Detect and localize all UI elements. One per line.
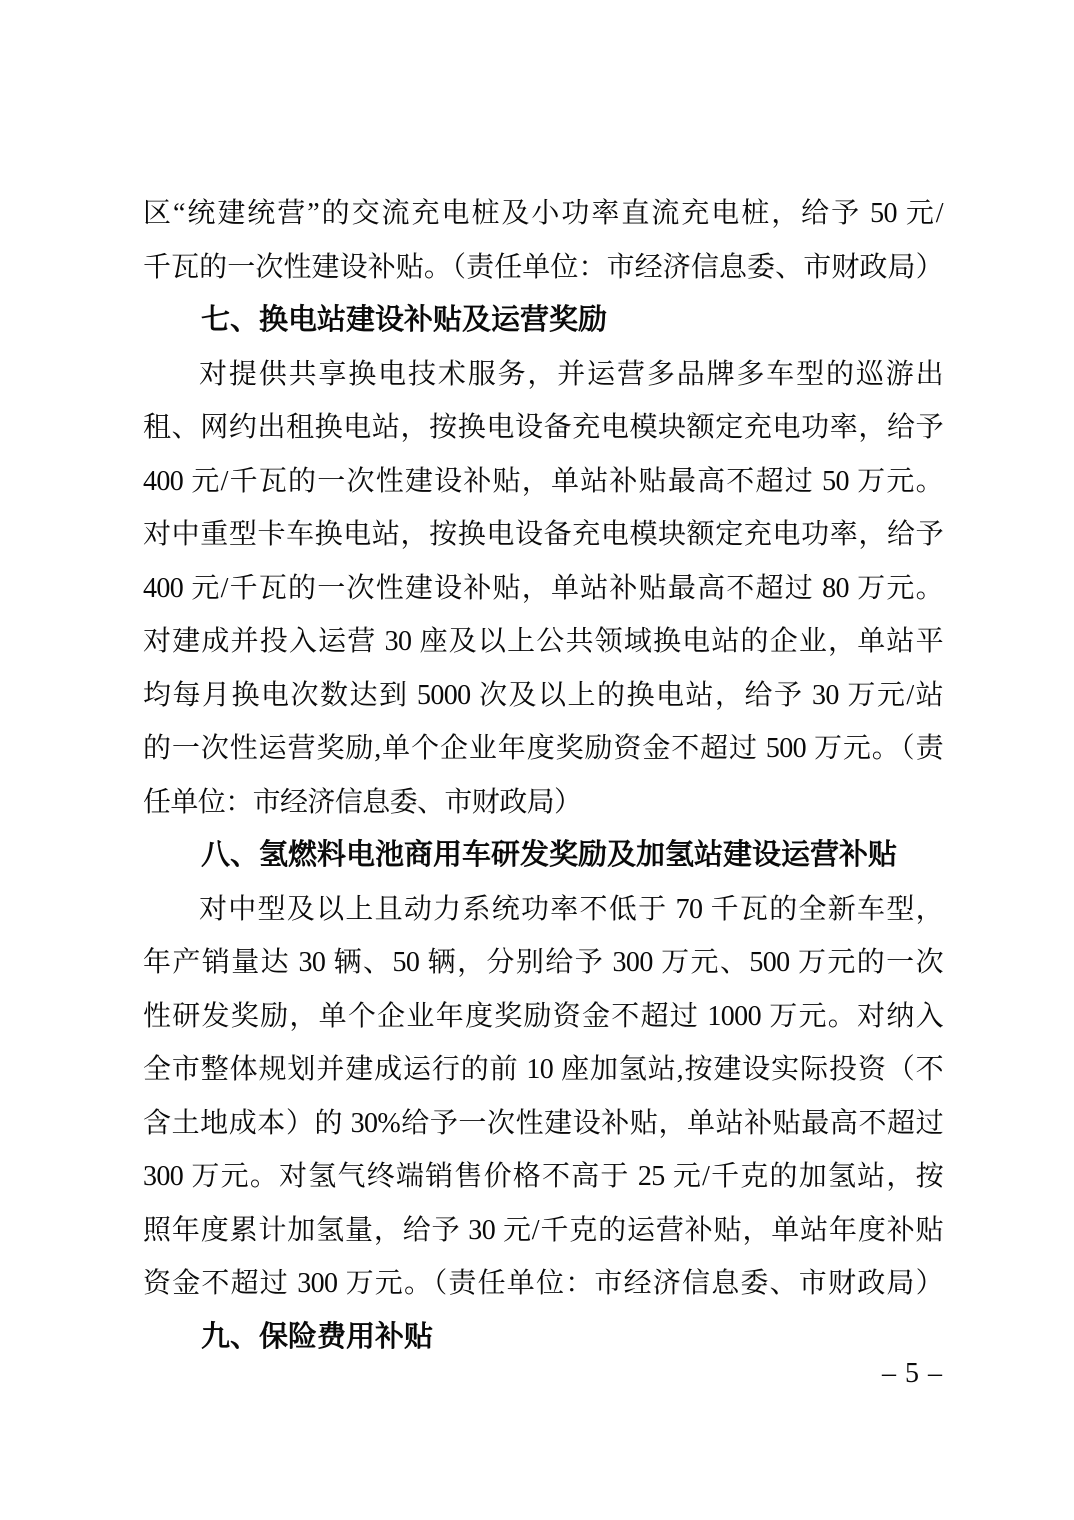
document-line: 对中型及以上且动力系统功率不低于 70 千瓦的全新车型， — [143, 883, 943, 937]
document-line: 性研发奖励，单个企业年度奖励资金不超过 1000 万元。对纳入 — [143, 990, 943, 1044]
document-line: 的一次性运营奖励,单个企业年度奖励资金不超过 500 万元。（责 — [143, 722, 943, 776]
document-line: 千瓦的一次性建设补贴。（责任单位：市经济信息委、市财政局） — [143, 241, 943, 295]
page-number: – 5 – — [143, 1358, 943, 1390]
document-line: 含土地成本）的 30%给予一次性建设补贴，单站补贴最高不超过 — [143, 1097, 943, 1151]
document-line: 年产销量达 30 辆、50 辆，分别给予 300 万元、500 万元的一次 — [143, 936, 943, 990]
document-line: 400 元/千瓦的一次性建设补贴，单站补贴最高不超过 80 万元。 — [143, 562, 943, 616]
section-heading: 九、保险费用补贴 — [143, 1311, 943, 1365]
section-heading: 七、换电站建设补贴及运营奖励 — [143, 294, 943, 348]
section-heading: 八、氢燃料电池商用车研发奖励及加氢站建设运营补贴 — [143, 829, 943, 883]
document-line: 资金不超过 300 万元。（责任单位：市经济信息委、市财政局） — [143, 1257, 943, 1311]
document-line: 全市整体规划并建成运行的前 10 座加氢站,按建设实际投资（不 — [143, 1043, 943, 1097]
document-line: 对提供共享换电技术服务，并运营多品牌多车型的巡游出 — [143, 348, 943, 402]
document-line: 400 元/千瓦的一次性建设补贴，单站补贴最高不超过 50 万元。 — [143, 455, 943, 509]
document-line: 区“统建统营”的交流充电桩及小功率直流充电桩，给予 50 元/ — [143, 187, 943, 241]
document-line: 300 万元。对氢气终端销售价格不高于 25 元/千克的加氢站，按 — [143, 1150, 943, 1204]
document-line: 照年度累计加氢量，给予 30 元/千克的运营补贴，单站年度补贴 — [143, 1204, 943, 1258]
document-page: 区“统建统营”的交流充电桩及小功率直流充电桩，给予 50 元/千瓦的一次性建设补… — [0, 0, 1074, 1520]
document-line: 对建成并投入运营 30 座及以上公共领域换电站的企业，单站平 — [143, 615, 943, 669]
document-line: 均每月换电次数达到 5000 次及以上的换电站，给予 30 万元/站 — [143, 669, 943, 723]
document-lines: 区“统建统营”的交流充电桩及小功率直流充电桩，给予 50 元/千瓦的一次性建设补… — [143, 187, 943, 1364]
document-line: 租、网约出租换电站，按换电设备充电模块额定充电功率，给予 — [143, 401, 943, 455]
document-line: 任单位：市经济信息委、市财政局） — [143, 776, 943, 830]
document-line: 对中重型卡车换电站，按换电设备充电模块额定充电功率，给予 — [143, 508, 943, 562]
